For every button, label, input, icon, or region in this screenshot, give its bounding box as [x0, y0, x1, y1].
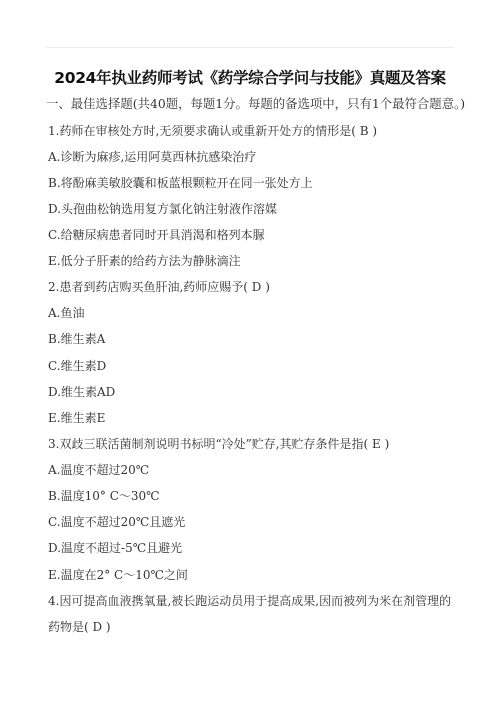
question-4-stem-line2: 药物是( D )	[48, 618, 111, 635]
question-4-stem-line1: 4.因可提高血液携氧量,被长跑运动员用于提高成果,因而被列为米在剂管理的	[48, 592, 451, 609]
question-2-option: A.鱼油	[48, 304, 84, 321]
question-3-option: E.温度在2° C～10℃之间	[48, 566, 188, 583]
question-2-stem: 2.患者到药店购买鱼肝油,药师应赐予( D )	[48, 278, 270, 295]
question-3-stem: 3.双歧三联活菌制剂说明书标明“冷处”贮存,其贮存条件是指( E )	[48, 435, 389, 452]
question-1-option: D.头孢曲松钠选用复方氯化钠注射液作溶媒	[48, 200, 277, 217]
question-1-stem: 1.药师在审核处方时,无须要求确认或重新开处方的情形是( B )	[48, 122, 377, 139]
question-1-option: A.诊断为麻疹,运用阿莫西林抗感染治疗	[48, 148, 256, 165]
question-1-option: C.给糖尿病患者同时开具消渴和格列本脲	[48, 226, 265, 243]
question-3-option: A.温度不超过20℃	[48, 461, 149, 478]
question-1-option: B.将酚麻美敏胶囊和板蓝根颗粒开在同一张处方上	[48, 174, 313, 191]
section-heading: 一、最佳选择题(共40题，每题1分。每题的备选项中，只有1个最符合题意。)	[46, 94, 465, 112]
question-3-option: C.温度不超过20℃且遮光	[48, 513, 185, 530]
question-2-option: E.维生素E	[48, 409, 105, 426]
document-title: 2024年执业药师考试《药学综合学问与技能》真题及答案	[0, 66, 500, 88]
question-1-option: E.低分子肝素的给药方法为静脉滴注	[48, 252, 241, 269]
question-2-option: D.维生素AD	[48, 383, 115, 400]
question-3-option: D.温度不超过-5℃且避光	[48, 539, 182, 556]
top-divider	[46, 47, 454, 48]
question-2-option: C.维生素D	[48, 357, 106, 374]
question-2-option: B.维生素A	[48, 330, 105, 347]
question-3-option: B.温度10° C～30℃	[48, 487, 160, 504]
